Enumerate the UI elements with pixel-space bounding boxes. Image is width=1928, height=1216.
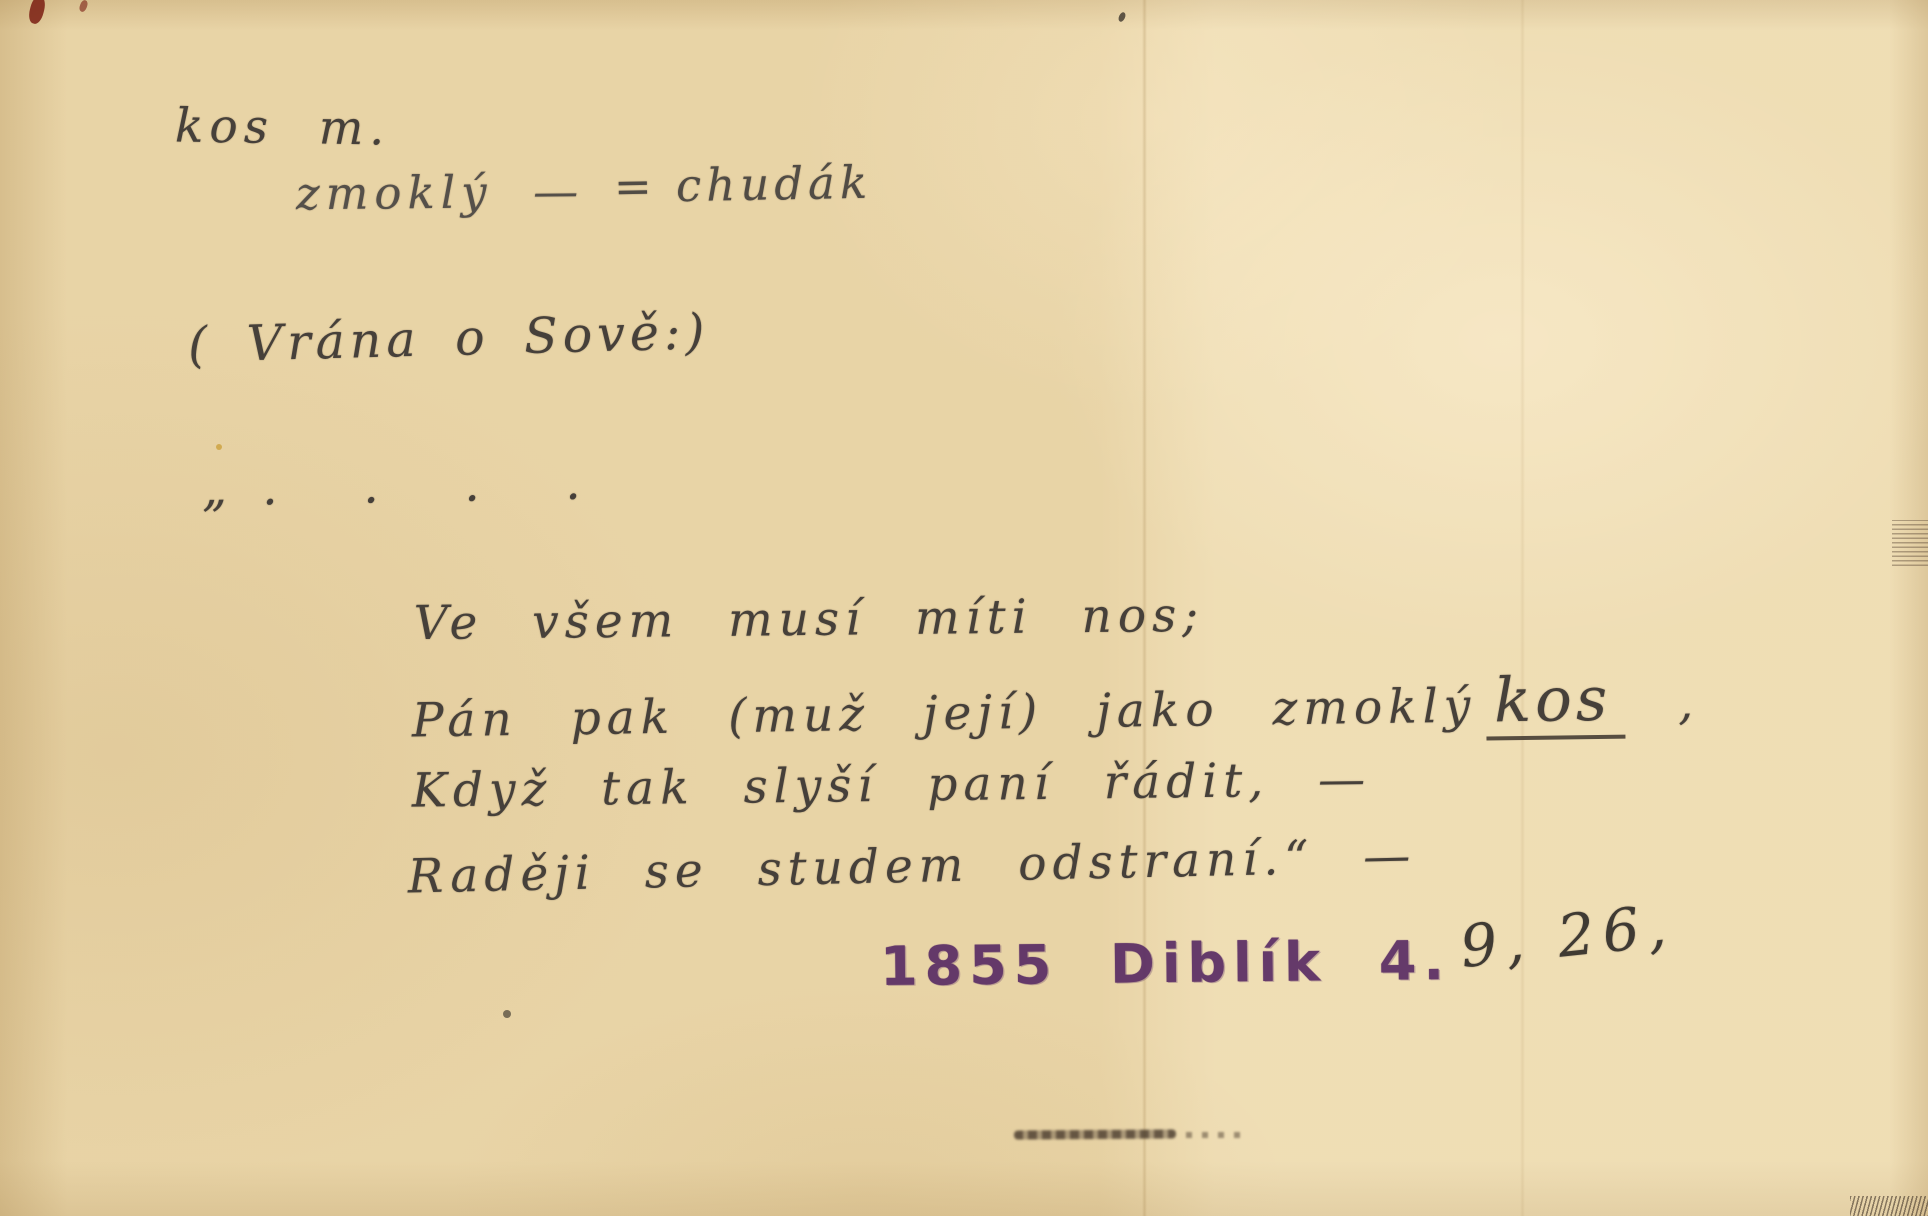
ink-speck — [1117, 11, 1127, 23]
gloss-meaning: = chudák — [614, 156, 873, 213]
gloss-term: zmoklý — — [296, 165, 585, 221]
poem-line-2-comma: , — [1625, 676, 1700, 732]
scan-artifact-right-edge — [1892, 520, 1928, 566]
poem-line-2-underlined-word: kos — [1486, 664, 1626, 741]
ink-speck — [503, 1010, 511, 1018]
red-edge-mark — [78, 0, 89, 13]
accession-stamp: 1855 Diblík 4. — [880, 929, 1452, 998]
handwritten-date: 9, 26, — [1457, 891, 1677, 981]
smudged-text — [1014, 1129, 1176, 1139]
quotation-opening-marks: „ . . . . — [202, 455, 591, 518]
poem-line-4-text: Raději se studem odstraní.“ — — [407, 828, 1417, 904]
headword: kos m. — [175, 98, 391, 156]
scan-artifact-corner — [1850, 1196, 1928, 1216]
paper-crease — [1520, 0, 1525, 1216]
manuscript-page: kos m. zmoklý — = chudák ( Vrána o Sově:… — [0, 0, 1928, 1216]
red-edge-mark — [27, 0, 47, 25]
quotation-source: ( Vrána o Sově:) — [187, 303, 710, 374]
ink-speck — [216, 444, 222, 450]
smudged-text-tail — [1186, 1132, 1244, 1138]
